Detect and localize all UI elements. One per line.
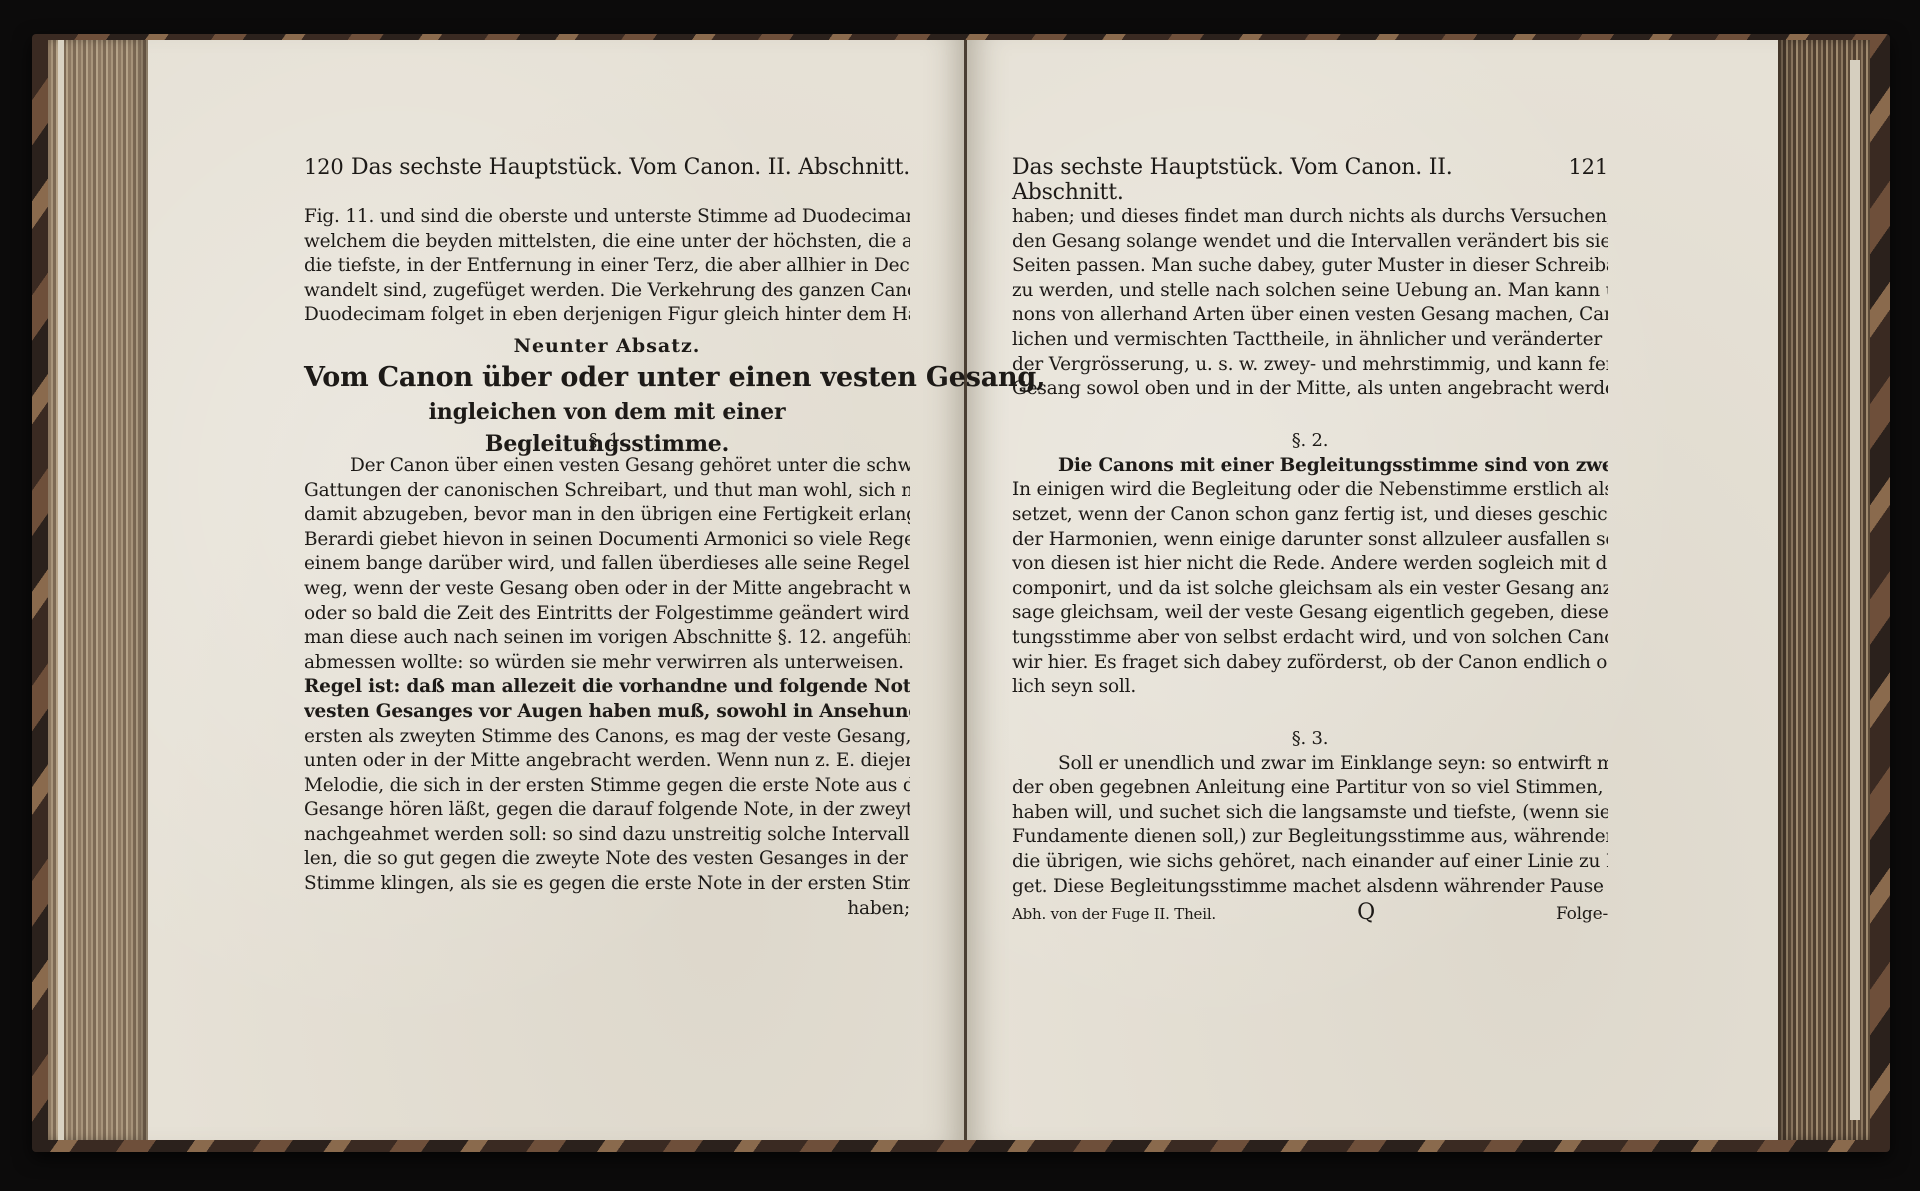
text-line: Stimme klingen, als sie es gegen die ers… [304, 872, 910, 897]
spacer [1012, 700, 1608, 726]
text-line: oder so bald die Zeit des Eintritts der … [304, 602, 910, 627]
text-line: Soll er unendlich und zwar im Einklange … [1012, 752, 1608, 777]
text-line: len, die so gut gegen die zweyte Note de… [304, 847, 910, 872]
left-running-head: 120 Das sechste Hauptstück. Vom Canon. I… [304, 155, 910, 185]
running-head-title: Das sechste Hauptstück. Vom Canon. II. A… [351, 156, 910, 181]
text-line: haben will, und suchet sich die langsams… [1012, 801, 1608, 826]
text-line: Berardi giebet hievon in seinen Document… [304, 528, 910, 553]
spacer [1012, 402, 1608, 428]
text-line: vesten Gesanges vor Augen haben muß, sow… [304, 700, 910, 725]
catchword: haben; [304, 897, 910, 922]
page-number: 121 [1569, 155, 1608, 180]
signature-title: Abh. von der Fuge II. Theil. [1012, 902, 1216, 927]
text-line: tungsstimme aber von selbst erdacht wird… [1012, 626, 1608, 651]
text-line: von diesen ist hier nicht die Rede. Ande… [1012, 552, 1608, 577]
text-line: sage gleichsam, weil der veste Gesang ei… [1012, 601, 1608, 626]
text-line: der oben gegebnen Anleitung eine Partitu… [1012, 776, 1608, 801]
text-line: lich seyn soll. [1012, 675, 1608, 700]
text-line: der Vergrösserung, u. s. w. zwey- und me… [1012, 353, 1608, 378]
book-gutter [964, 40, 967, 1140]
text-line: Seiten passen. Man suche dabey, guter Mu… [1012, 254, 1608, 279]
text-line: Regel ist: daß man allezeit die vorhandn… [304, 675, 910, 700]
text-line: componirt, und da ist solche gleichsam a… [1012, 577, 1608, 602]
text-line: Gattungen der canonischen Schreibart, un… [304, 479, 910, 504]
text-line: nachgeahmet werden soll: so sind dazu un… [304, 823, 910, 848]
right-running-head: Das sechste Hauptstück. Vom Canon. II. A… [1012, 155, 1608, 185]
text-line: weg, wenn der veste Gesang oben oder in … [304, 577, 910, 602]
text-line: der Harmonien, wenn einige darunter sons… [1012, 528, 1608, 553]
paragraph-mark: §. 1. [304, 428, 910, 454]
text-line: In einigen wird die Begleitung oder die … [1012, 478, 1608, 503]
section-heading: Vom Canon über oder unter einen vesten G… [304, 360, 910, 396]
text-line: Fundamente dienen soll,) zur Begleitungs… [1012, 825, 1608, 850]
text-line: Duodecimam folget in eben derjenigen Fig… [304, 303, 910, 328]
text-line: zu werden, und stelle nach solchen seine… [1012, 279, 1608, 304]
text-line: Melodie, die sich in der ersten Stimme g… [304, 774, 910, 799]
page-footer: Abh. von der Fuge II. Theil. Q Folge- [1012, 901, 1608, 927]
page-number: 120 [304, 155, 343, 180]
text-line: damit abzugeben, bevor man in den übrige… [304, 503, 910, 528]
text-line: wir hier. Es fraget sich dabey zuförders… [1012, 651, 1608, 676]
text-line: Der Canon über einen vesten Gesang gehör… [304, 454, 910, 479]
signature-mark: Q [1357, 901, 1375, 926]
text-line: welchem die beyden mittelsten, die eine … [304, 230, 910, 255]
text-line: haben; und dieses findet man durch nicht… [1012, 205, 1608, 230]
text-line: den Gesang solange wendet und die Interv… [1012, 230, 1608, 255]
text-line: Fig. 11. und sind die oberste und unters… [304, 205, 910, 230]
text-line: ersten als zweyten Stimme des Canons, es… [304, 725, 910, 750]
text-line: abmessen wollte: so würden sie mehr verw… [304, 651, 910, 676]
text-line: wandelt sind, zugefüget werden. Die Verk… [304, 279, 910, 304]
section-subheading: ingleichen von dem mit einer Begleitungs… [304, 396, 910, 428]
text-line: man diese auch nach seinen im vorigen Ab… [304, 626, 910, 651]
text-line: unten oder in der Mitte angebracht werde… [304, 749, 910, 774]
section-label: Neunter Absatz. [304, 334, 910, 360]
text-line: Die Canons mit einer Begleitungsstimme s… [1012, 454, 1608, 479]
right-page-text: Das sechste Hauptstück. Vom Canon. II. A… [1012, 155, 1608, 927]
text-line: Gesange hören läßt, gegen die darauf fol… [304, 798, 910, 823]
open-book: 120 Das sechste Hauptstück. Vom Canon. I… [0, 0, 1920, 1191]
text-line: lichen und vermischten Tacttheile, in äh… [1012, 328, 1608, 353]
paragraph-mark: §. 2. [1012, 428, 1608, 454]
text-line: nons von allerhand Arten über einen vest… [1012, 303, 1608, 328]
paragraph-mark: §. 3. [1012, 726, 1608, 752]
running-head-title: Das sechste Hauptstück. Vom Canon. II. A… [1012, 156, 1529, 205]
text-line: einem bange darüber wird, und fallen übe… [304, 552, 910, 577]
text-line: get. Diese Begleitungsstimme machet alsd… [1012, 875, 1608, 900]
left-flyleaf-edge [58, 40, 64, 1140]
text-line: die übrigen, wie sichs gehöret, nach ein… [1012, 850, 1608, 875]
left-page-text: 120 Das sechste Hauptstück. Vom Canon. I… [304, 155, 910, 921]
text-line: Gesang sowol oben und in der Mitte, als … [1012, 377, 1608, 402]
right-flyleaf-edge [1850, 60, 1860, 1120]
catchword: Folge- [1556, 902, 1608, 927]
text-line: setzet, wenn der Canon schon ganz fertig… [1012, 503, 1608, 528]
text-line: die tiefste, in der Entfernung in einer … [304, 254, 910, 279]
